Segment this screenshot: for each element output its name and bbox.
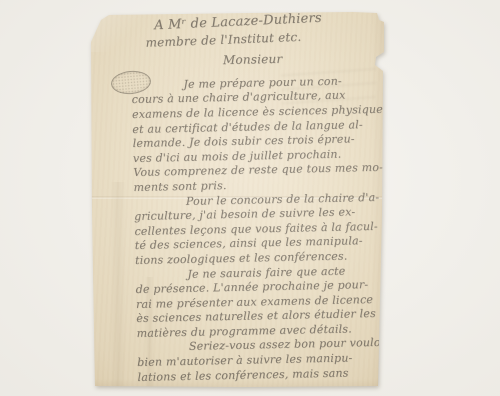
letter-body: A Mʳ de Lacaze-Duthiers membre de l'Inst… [130,12,392,385]
salutation: Monsieur [223,50,385,68]
paper-stain-streak [110,182,126,387]
scan-background: A Mʳ de Lacaze-Duthiers membre de l'Inst… [0,0,500,396]
letter-page: A Mʳ de Lacaze-Duthiers membre de l'Inst… [91,12,385,387]
